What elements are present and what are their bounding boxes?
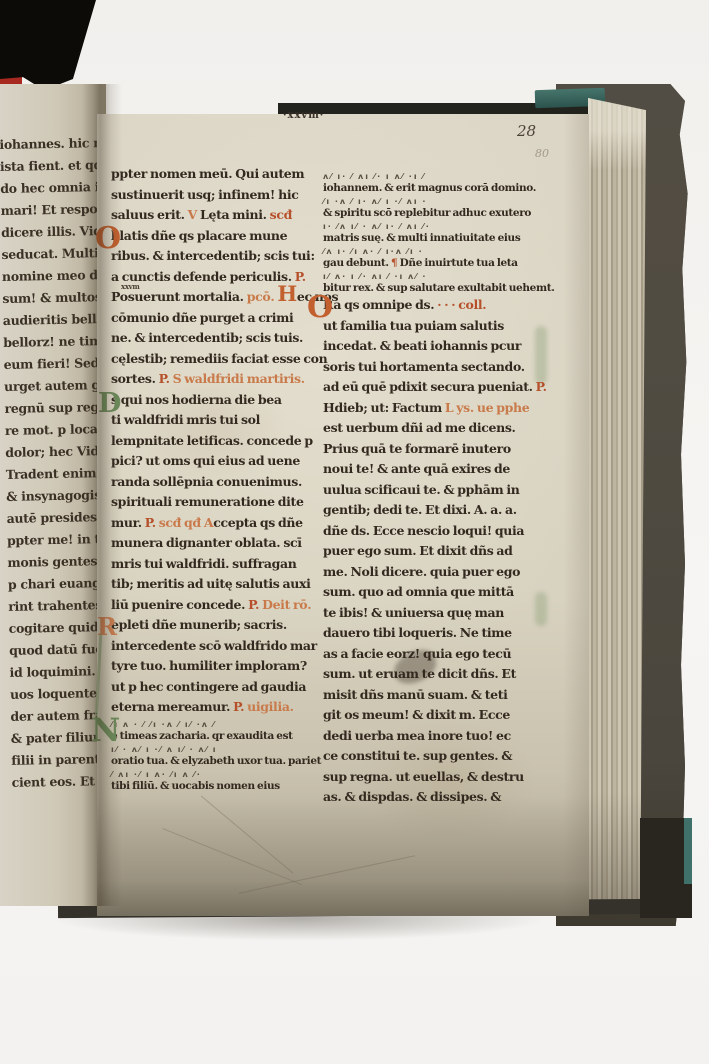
page-stack-fore-edge — [588, 98, 646, 906]
text-line: xxvmPosuerunt mortalia. pcō. Hec nos — [111, 289, 317, 310]
text-segment: pici? ut oms qui eius ad uene — [111, 453, 300, 468]
text-segment: blatis dñe qs placare mune — [111, 228, 287, 243]
text-segment: scđ qđ A — [159, 515, 213, 530]
text-segment: spirituali remuneratione dite — [111, 494, 304, 509]
quire-mark: ·xxvm· — [283, 110, 324, 121]
text-segment: ¶ — [391, 257, 400, 269]
neume-notation: ⁄ı ʌ · ⁄ ⁄ı ·ʌ ⁄ ı⁄ ·ʌ ⁄ — [111, 720, 317, 730]
left-page-text-line: re mot. p loca & fam — [5, 421, 105, 445]
text-segment: pcō. — [247, 289, 278, 304]
chant-line: ʌ⁄ ı· ⁄ ʌı ⁄· ı ʌ⁄ ·ı ⁄iohannem. & erit … — [323, 172, 545, 197]
text-segment: liū puenire concede. — [111, 597, 248, 612]
text-segment: Prius quā te formarē inutero — [323, 441, 511, 456]
text-segment: oratio tua. & elyzabeth uxor tua. pariet — [111, 755, 321, 767]
text-line: cęlestib; remediis faciat esse con — [111, 351, 317, 372]
text-line: Repleti dñe munerib; sacris. — [111, 617, 317, 638]
text-segment: uigilia. — [247, 699, 293, 714]
text-line: ribus. & intercedentib; scis tui: — [111, 248, 317, 269]
text-segment: lempnitate letificas. concede p — [111, 433, 313, 448]
text-segment: dauero tibi loqueris. Ne time — [323, 625, 512, 640]
text-segment: bitur rex. & sup salutare exultabit uehe… — [323, 282, 555, 294]
text-line: uulua scificaui te. & pphām in — [323, 482, 545, 503]
text-segment: noui te! & ante quā exires de — [323, 461, 510, 476]
lower-endband — [684, 818, 692, 884]
left-page-text-line: urget autem gens — [4, 377, 104, 401]
text-segment: me. Noli dicere. quia puer ego — [323, 564, 520, 579]
text-segment: matris suę. & multi innatiuitate eius — [323, 232, 520, 244]
text-segment: incedat. & beati iohannis pcur — [323, 338, 521, 353]
neume-notation: ı⁄ ʌ· ı ⁄· ʌı ⁄ ·ı ʌ⁄ · — [323, 272, 545, 282]
text-segment: s qui nos hodierna die bea — [111, 392, 282, 407]
text-segment: ti waldfridi mris tui sol — [111, 412, 260, 427]
text-segment: H — [277, 281, 297, 306]
text-segment: gau debunt. — [323, 257, 391, 269]
text-segment: Deit rō. — [262, 597, 311, 612]
text-segment: sum. quo ad omnia que mittā — [323, 584, 514, 599]
manuscript-photograph: iohannes. hic nobisista fient. et qd sig… — [0, 0, 709, 1064]
text-segment: ce constitui te. sup gentes. & — [323, 748, 512, 763]
left-page-text-line: Tradent enim nos — [6, 465, 106, 489]
text-line: sortes. P. S waldfridi martiris. — [111, 371, 317, 392]
text-segment: dñe ds. Ecce nescio loqui! quia — [323, 523, 524, 538]
text-line: intercedente scō waldfrido mar — [111, 638, 317, 659]
left-page-text-line: ppter me! in testimo — [7, 531, 107, 555]
text-segment: ribus. & intercedentib; scis tui: — [111, 248, 315, 263]
text-segment: sup regna. ut euellas, & destru — [323, 769, 524, 784]
text-line: ti waldfridi mris tui sol — [111, 412, 317, 433]
text-segment: mur. — [111, 515, 145, 530]
text-line: puer ego sum. Et dixit dñs ad — [323, 543, 545, 564]
left-page-text-line: iohannes. hic nobis — [0, 135, 100, 159]
text-segment: Posuerunt mortalia. — [111, 289, 247, 304]
text-segment: S waldfridi martiris. — [173, 371, 305, 386]
text-segment: P. — [536, 379, 547, 394]
text-segment: git os meum! & dixit m. Ecce — [323, 707, 510, 722]
left-page-text-line: nomine meo dicentes — [2, 267, 102, 291]
folio-number-pencil: 80 — [535, 147, 549, 160]
left-page-text-line: eum fieri! Sed nond — [4, 355, 104, 379]
text-line: cōmunio dñe purget a crimi — [111, 310, 317, 331]
left-page-text-line: bellorz! ne timuerit — [3, 333, 103, 357]
text-segment: Hdieb; ut: Factum — [323, 400, 445, 415]
text-segment: tib; meritis ad uitę salutis auxi — [111, 576, 310, 591]
chant-line: ⁄ ʌı ·⁄ ı ʌ· ⁄ı ʌ ⁄·tibi filiū. & uocabi… — [111, 770, 317, 795]
text-segment: as a facie eorz! quia ego tecū — [323, 646, 511, 661]
text-line: ORa qs omnipe ds. · · · coll. — [323, 297, 545, 318]
text-line: Oblatis dñe qs placare mune — [111, 228, 317, 249]
text-segment: uulua scificaui te. & pphām in — [323, 482, 520, 497]
text-line: randa sollēpnia conuenimus. — [111, 474, 317, 495]
chant-line: ı⁄ ʌ· ı ⁄· ʌı ⁄ ·ı ʌ⁄ ·bitur rex. & sup … — [323, 272, 545, 297]
text-segment: Lęta mini. — [200, 207, 270, 222]
chant-line: ı⁄ · ʌ⁄ ı ·⁄ ʌ ı⁄ · ʌ⁄ ıoratio tua. & el… — [111, 745, 317, 770]
illuminated-initial: N — [91, 714, 120, 746]
text-line: munera dignanter oblata. scī — [111, 535, 317, 556]
left-page-text-line: sum! & multos sedu — [2, 289, 102, 313]
text-segment: scđ — [270, 207, 292, 222]
text-line: mur. P. scđ qđ Accepta qs dñe — [111, 515, 317, 536]
text-line: lempnitate letificas. concede p — [111, 433, 317, 454]
chant-line: ı· ⁄ʌ ı⁄ · ʌ⁄ ı· ⁄ ʌı ⁄·matris suę. & mu… — [323, 222, 545, 247]
text-segment: cōmunio dñe purget a crimi — [111, 310, 293, 325]
interlinear-gloss: xxvm — [121, 282, 139, 291]
text-segment: sum. ut eruam te dicit dñs. Et — [323, 666, 516, 681]
text-line: sum. quo ad omnia que mittā — [323, 584, 545, 605]
left-page-text-line: audieritis bella. & o — [3, 311, 103, 335]
text-line: ut p hec contingere ad gaudia — [111, 679, 317, 700]
text-segment: gentib; dedi te. Et dixi. A. a. a. — [323, 502, 517, 517]
left-page-text-line: monis gentes! predi — [7, 553, 107, 577]
neume-notation: ⁄ʌ ı· ⁄ı ʌ· ⁄ ı·ʌ ⁄ı · — [323, 247, 545, 257]
text-segment: mris tui waldfridi. suffragan — [111, 556, 297, 571]
text-line: tyre tuo. humiliter imploram? — [111, 658, 317, 679]
text-line: est uerbum dñi ad me dicens. — [323, 420, 545, 441]
text-segment: V — [188, 207, 200, 222]
text-segment: ppter nomen meū. Qui autem — [111, 166, 304, 181]
text-line: dedi uerba mea inore tuo! ec — [323, 728, 545, 749]
text-line: Hdieb; ut: Factum L ys. ue pphe — [323, 400, 545, 421]
text-segment: misit dñs manū suam. & teti — [323, 687, 508, 702]
left-page-text-line: dolor; hec Videte — [5, 443, 105, 467]
neume-notation: ı⁄ · ʌ⁄ ı ·⁄ ʌ ı⁄ · ʌ⁄ ı — [111, 745, 317, 755]
left-page-text-line: mari! Et respondens — [1, 201, 101, 225]
text-segment: · · · coll. — [437, 297, 486, 312]
text-segment: iohannem. & erit magnus corā domino. — [323, 182, 536, 194]
manuscript-recto-page: ·xxvm· 28 80 ppter nomen meū. Qui autems… — [97, 114, 589, 916]
text-line: saluus erit. V Lęta mini. scđ — [111, 207, 317, 228]
text-segment: P. — [233, 699, 247, 714]
text-segment: Ra qs omnipe ds. — [323, 297, 437, 312]
text-segment: intercedente scō waldfrido mar — [111, 638, 317, 653]
left-page-text-line: do hec omnia incipi — [0, 179, 100, 203]
text-segment: epleti dñe munerib; sacris. — [111, 617, 287, 632]
text-segment: cęlestib; remediis faciat esse con — [111, 351, 327, 366]
left-page-text-line: dicere illis. Videte n — [1, 223, 101, 247]
left-page-text-line: autē presides & reg — [6, 509, 106, 533]
text-segment: munera dignanter oblata. scī — [111, 535, 302, 550]
left-page-text-line: rint trahentes uos — [8, 597, 108, 621]
left-page-text-line: id loquimini. Non e — [9, 663, 109, 687]
text-line: eterna mereamur. P. uigilia. — [111, 699, 317, 720]
text-line: incedat. & beati iohannis pcur — [323, 338, 545, 359]
chant-line: ⁄ı ʌ · ⁄ ⁄ı ·ʌ ⁄ ı⁄ ·ʌ ⁄Ne timeas zachar… — [111, 720, 317, 745]
text-line: sustinuerit usq; infinem! hic — [111, 187, 317, 208]
text-segment: sortes. — [111, 371, 159, 386]
text-line: as a facie eorz! quia ego tecū — [323, 646, 545, 667]
text-line: liū puenire concede. P. Deit rō. — [111, 597, 317, 618]
text-segment: saluus erit. — [111, 207, 188, 222]
text-segment: puer ego sum. Et dixit dñs ad — [323, 543, 513, 558]
text-line: me. Noli dicere. quia puer ego — [323, 564, 545, 585]
text-segment: ad eū quē pdixit secura pueniat. — [323, 379, 536, 394]
page-bottom-shade — [97, 796, 589, 916]
chant-line: ⁄ı ·ʌ ⁄ ı· ʌ⁄ ı ·⁄ ʌı ·& spiritu scō rep… — [323, 197, 545, 222]
neume-notation: ⁄ ʌı ·⁄ ı ʌ· ⁄ı ʌ ⁄· — [111, 770, 317, 780]
left-page-text-line: cogitare quid loquam — [9, 619, 109, 643]
text-line: sum. ut eruam te dicit dñs. Et — [323, 666, 545, 687]
text-segment: & spiritu scō replebitur adhuc exutero — [323, 207, 531, 219]
text-line: te ibis! & uniuersa quę man — [323, 605, 545, 626]
text-segment: sustinuerit usq; infinem! hic — [111, 187, 298, 202]
text-line: soris tui hortamenta sectando. — [323, 359, 545, 380]
text-segment: tibi filiū. & uocabis nomen eius — [111, 780, 280, 792]
left-page-text-line: p chari euangeliū. — [8, 575, 108, 599]
text-line: ad eū quē pdixit secura pueniat. P. — [323, 379, 545, 400]
text-segment: P. — [248, 597, 262, 612]
folio-number-ink: 28 — [517, 122, 536, 140]
text-line: ppter nomen meū. Qui autem — [111, 166, 317, 187]
text-segment: ut familia tua puiam salutis — [323, 318, 504, 333]
chant-line: ⁄ʌ ı· ⁄ı ʌ· ⁄ ı·ʌ ⁄ı ·gau debunt. ¶ Dñe … — [323, 247, 545, 272]
text-line: pici? ut oms qui eius ad uene — [111, 453, 317, 474]
text-line: noui te! & ante quā exires de — [323, 461, 545, 482]
left-text-column: ppter nomen meū. Qui autemsustinuerit us… — [111, 166, 317, 795]
text-segment: eterna mereamur. — [111, 699, 233, 714]
neume-notation: ı· ⁄ʌ ı⁄ · ʌ⁄ ı· ⁄ ʌı ⁄· — [323, 222, 545, 232]
text-segment: P. — [145, 515, 159, 530]
left-page-text-line: quod datū fuerit uob — [9, 641, 109, 665]
text-line: ce constitui te. sup gentes. & — [323, 748, 545, 769]
text-segment: L ys. ue pphe — [445, 400, 530, 415]
text-line: dauero tibi loqueris. Ne time — [323, 625, 545, 646]
text-segment: P. — [159, 371, 173, 386]
text-segment: ne. & intercedentib; scis tuis. — [111, 330, 303, 345]
text-segment: e timeas zacharia. qr exaudita est — [111, 730, 293, 742]
text-segment: ccepta qs dñe — [213, 515, 303, 530]
neume-notation: ʌ⁄ ı· ⁄ ʌı ⁄· ı ʌ⁄ ·ı ⁄ — [323, 172, 545, 182]
text-line: sup regna. ut euellas, & destru — [323, 769, 545, 790]
text-line: Prius quā te formarē inutero — [323, 441, 545, 462]
text-segment: tyre tuo. humiliter imploram? — [111, 658, 307, 673]
text-line: gentib; dedi te. Et dixi. A. a. a. — [323, 502, 545, 523]
left-page-text-line: & insynagogis uapu — [6, 487, 106, 511]
text-line: dñe ds. Ecce nescio loqui! quia — [323, 523, 545, 544]
text-line: misit dñs manū suam. & teti — [323, 687, 545, 708]
left-page-text-line: seducat. Multi enim — [1, 245, 101, 269]
text-segment: Dñe inuirtute tua leta — [400, 257, 518, 269]
right-text-column: ʌ⁄ ı· ⁄ ʌı ⁄· ı ʌ⁄ ·ı ⁄iohannem. & erit … — [323, 172, 545, 810]
text-segment: soris tui hortamenta sectando. — [323, 359, 525, 374]
text-line: ne. & intercedentib; scis tuis. — [111, 330, 317, 351]
left-page-text-line: regnū sup regnum! — [4, 399, 104, 423]
text-line: mris tui waldfridi. suffragan — [111, 556, 317, 577]
text-line: tib; meritis ad uitę salutis auxi — [111, 576, 317, 597]
text-line: Ds qui nos hodierna die bea — [111, 392, 317, 413]
text-segment: te ibis! & uniuersa quę man — [323, 605, 504, 620]
text-segment: est uerbum dñi ad me dicens. — [323, 420, 516, 435]
text-segment: dedi uerba mea inore tuo! ec — [323, 728, 511, 743]
text-line: spirituali remuneratione dite — [111, 494, 317, 515]
text-line: ut familia tua puiam salutis — [323, 318, 545, 339]
left-page-fragment: iohannes. hic nobisista fient. et qd sig… — [0, 84, 106, 906]
text-segment: ut p hec contingere ad gaudia — [111, 679, 306, 694]
text-segment: randa sollēpnia conuenimus. — [111, 474, 302, 489]
left-page-text-line: ista fient. et qd sig — [0, 157, 100, 181]
text-line: git os meum! & dixit m. Ecce — [323, 707, 545, 728]
neume-notation: ⁄ı ·ʌ ⁄ ı· ʌ⁄ ı ·⁄ ʌı · — [323, 197, 545, 207]
